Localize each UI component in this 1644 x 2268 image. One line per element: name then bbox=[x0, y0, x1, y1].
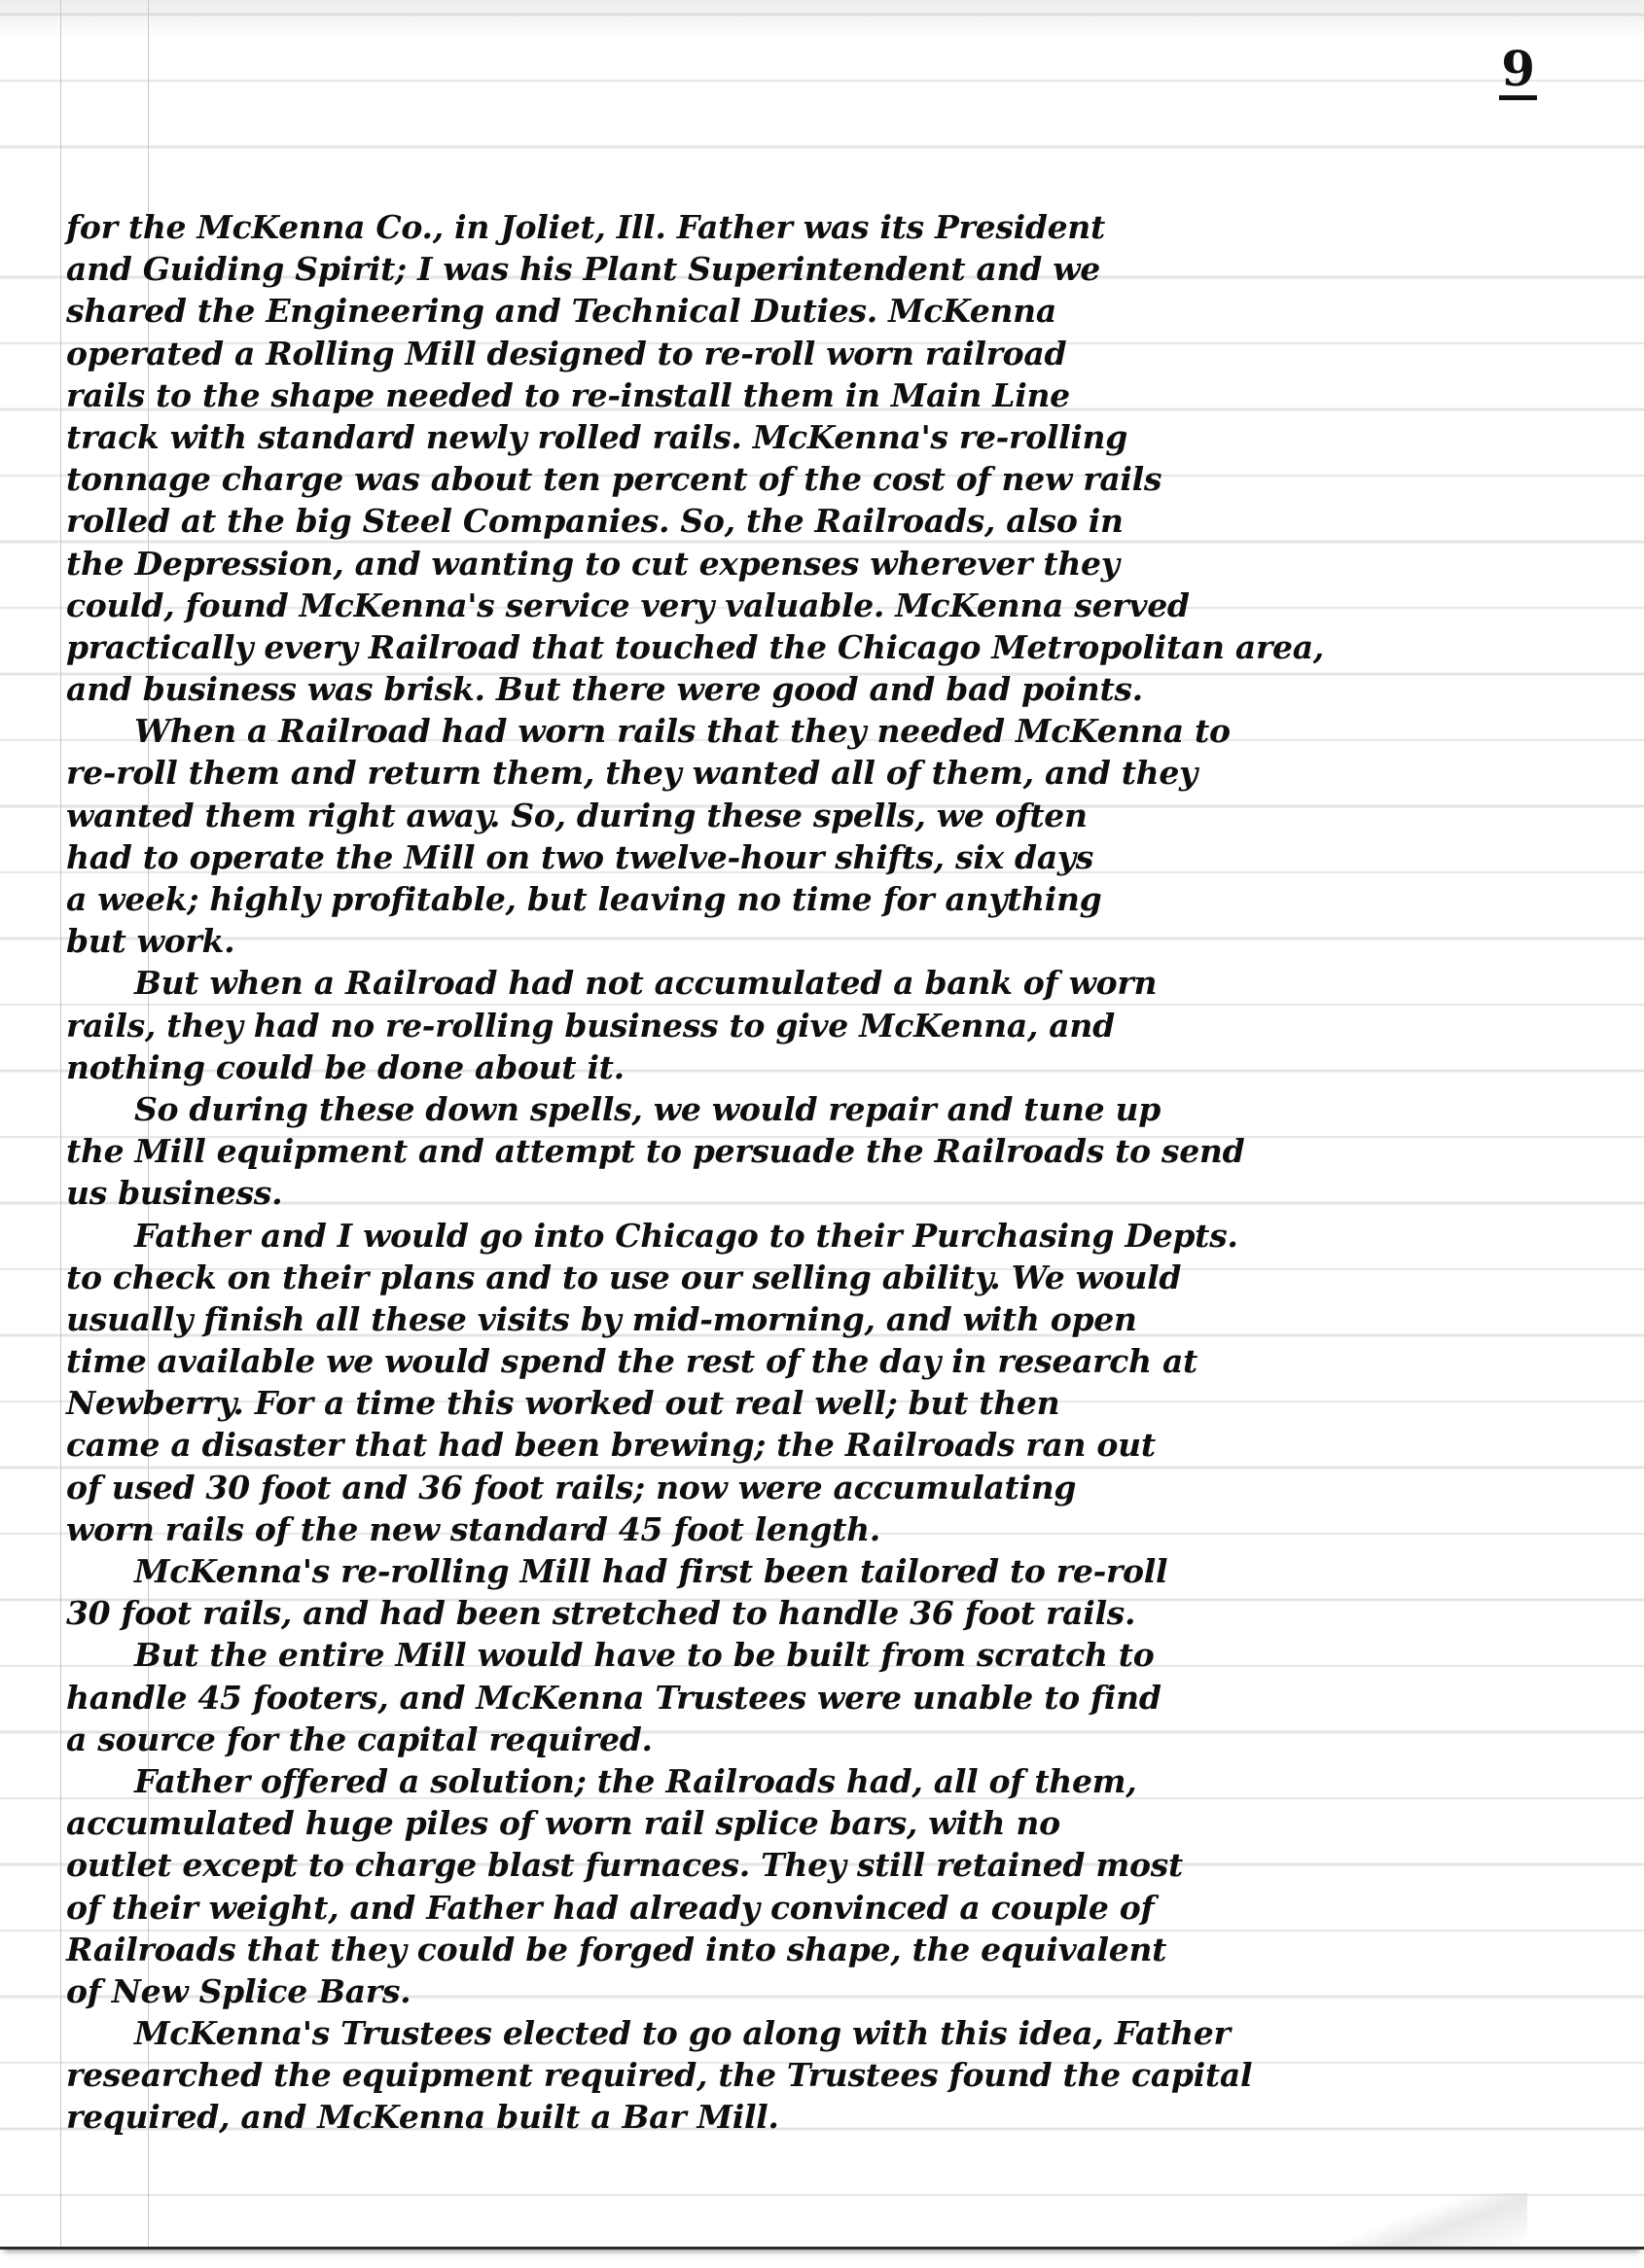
manuscript-line: Father and I would go into Chicago to th… bbox=[66, 1215, 1593, 1257]
manuscript-line: came a disaster that had been brewing; t… bbox=[66, 1424, 1593, 1466]
manuscript-line: Newberry. For a time this worked out rea… bbox=[66, 1382, 1593, 1424]
manuscript-line: Father offered a solution; the Railroads… bbox=[66, 1760, 1593, 1802]
manuscript-line: So during these down spells, we would re… bbox=[66, 1088, 1593, 1130]
manuscript-line: us business. bbox=[66, 1172, 1593, 1214]
manuscript-line: handle 45 footers, and McKenna Trustees … bbox=[66, 1677, 1593, 1719]
manuscript-line: and Guiding Spirit; I was his Plant Supe… bbox=[66, 248, 1593, 290]
manuscript-line: tonnage charge was about ten percent of … bbox=[66, 458, 1593, 500]
page-number: 9 bbox=[1499, 43, 1537, 100]
manuscript-line: of New Splice Bars. bbox=[66, 1970, 1593, 2012]
manuscript-line: rails, they had no re-rolling business t… bbox=[66, 1005, 1593, 1046]
manuscript-line: worn rails of the new standard 45 foot l… bbox=[66, 1508, 1593, 1550]
manuscript-line: outlet except to charge blast furnaces. … bbox=[66, 1844, 1593, 1886]
manuscript-line: the Mill equipment and attempt to persua… bbox=[66, 1130, 1593, 1172]
manuscript-line: But the entire Mill would have to be bui… bbox=[66, 1634, 1593, 1676]
manuscript-line: usually finish all these visits by mid-m… bbox=[66, 1298, 1593, 1340]
manuscript-line: for the McKenna Co., in Joliet, Ill. Fat… bbox=[66, 206, 1593, 248]
manuscript-line: practically every Railroad that touched … bbox=[66, 626, 1593, 668]
manuscript-line: But when a Railroad had not accumulated … bbox=[66, 962, 1593, 1004]
manuscript-line: wanted them right away. So, during these… bbox=[66, 795, 1593, 836]
paper-fold-corner bbox=[1333, 2193, 1527, 2247]
manuscript-line: nothing could be done about it. bbox=[66, 1046, 1593, 1088]
manuscript-line: of their weight, and Father had already … bbox=[66, 1887, 1593, 1929]
manuscript-line: to check on their plans and to use our s… bbox=[66, 1257, 1593, 1298]
manuscript-page: 9 for the McKenna Co., in Joliet, Ill. F… bbox=[0, 0, 1644, 2250]
manuscript-line: Railroads that they could be forged into… bbox=[66, 1929, 1593, 1970]
manuscript-line: rails to the shape needed to re-install … bbox=[66, 374, 1593, 416]
manuscript-line: re-roll them and return them, they wante… bbox=[66, 752, 1593, 794]
manuscript-line: a source for the capital required. bbox=[66, 1719, 1593, 1760]
manuscript-line: researched the equipment required, the T… bbox=[66, 2054, 1593, 2096]
handwritten-body-text: for the McKenna Co., in Joliet, Ill. Fat… bbox=[66, 206, 1593, 2139]
manuscript-line: the Depression, and wanting to cut expen… bbox=[66, 543, 1593, 585]
manuscript-line: had to operate the Mill on two twelve-ho… bbox=[66, 836, 1593, 878]
manuscript-line: rolled at the big Steel Companies. So, t… bbox=[66, 500, 1593, 542]
margin-rule-outer bbox=[60, 0, 61, 2247]
manuscript-line: shared the Engineering and Technical Dut… bbox=[66, 290, 1593, 332]
scan-smudge bbox=[0, 0, 1644, 39]
manuscript-line: McKenna's Trustees elected to go along w… bbox=[66, 2012, 1593, 2054]
manuscript-line: When a Railroad had worn rails that they… bbox=[66, 710, 1593, 752]
manuscript-line: accumulated huge piles of worn rail spli… bbox=[66, 1802, 1593, 1844]
manuscript-line: operated a Rolling Mill designed to re-r… bbox=[66, 333, 1593, 374]
manuscript-line: a week; highly profitable, but leaving n… bbox=[66, 878, 1593, 920]
manuscript-line: of used 30 foot and 36 foot rails; now w… bbox=[66, 1467, 1593, 1508]
manuscript-line: and business was brisk. But there were g… bbox=[66, 668, 1593, 710]
manuscript-line: required, and McKenna built a Bar Mill. bbox=[66, 2096, 1593, 2138]
manuscript-line: could, found McKenna's service very valu… bbox=[66, 585, 1593, 626]
manuscript-line: 30 foot rails, and had been stretched to… bbox=[66, 1592, 1593, 1634]
manuscript-line: track with standard newly rolled rails. … bbox=[66, 416, 1593, 458]
manuscript-line: but work. bbox=[66, 920, 1593, 962]
manuscript-line: time available we would spend the rest o… bbox=[66, 1340, 1593, 1382]
manuscript-line: McKenna's re-rolling Mill had first been… bbox=[66, 1550, 1593, 1592]
